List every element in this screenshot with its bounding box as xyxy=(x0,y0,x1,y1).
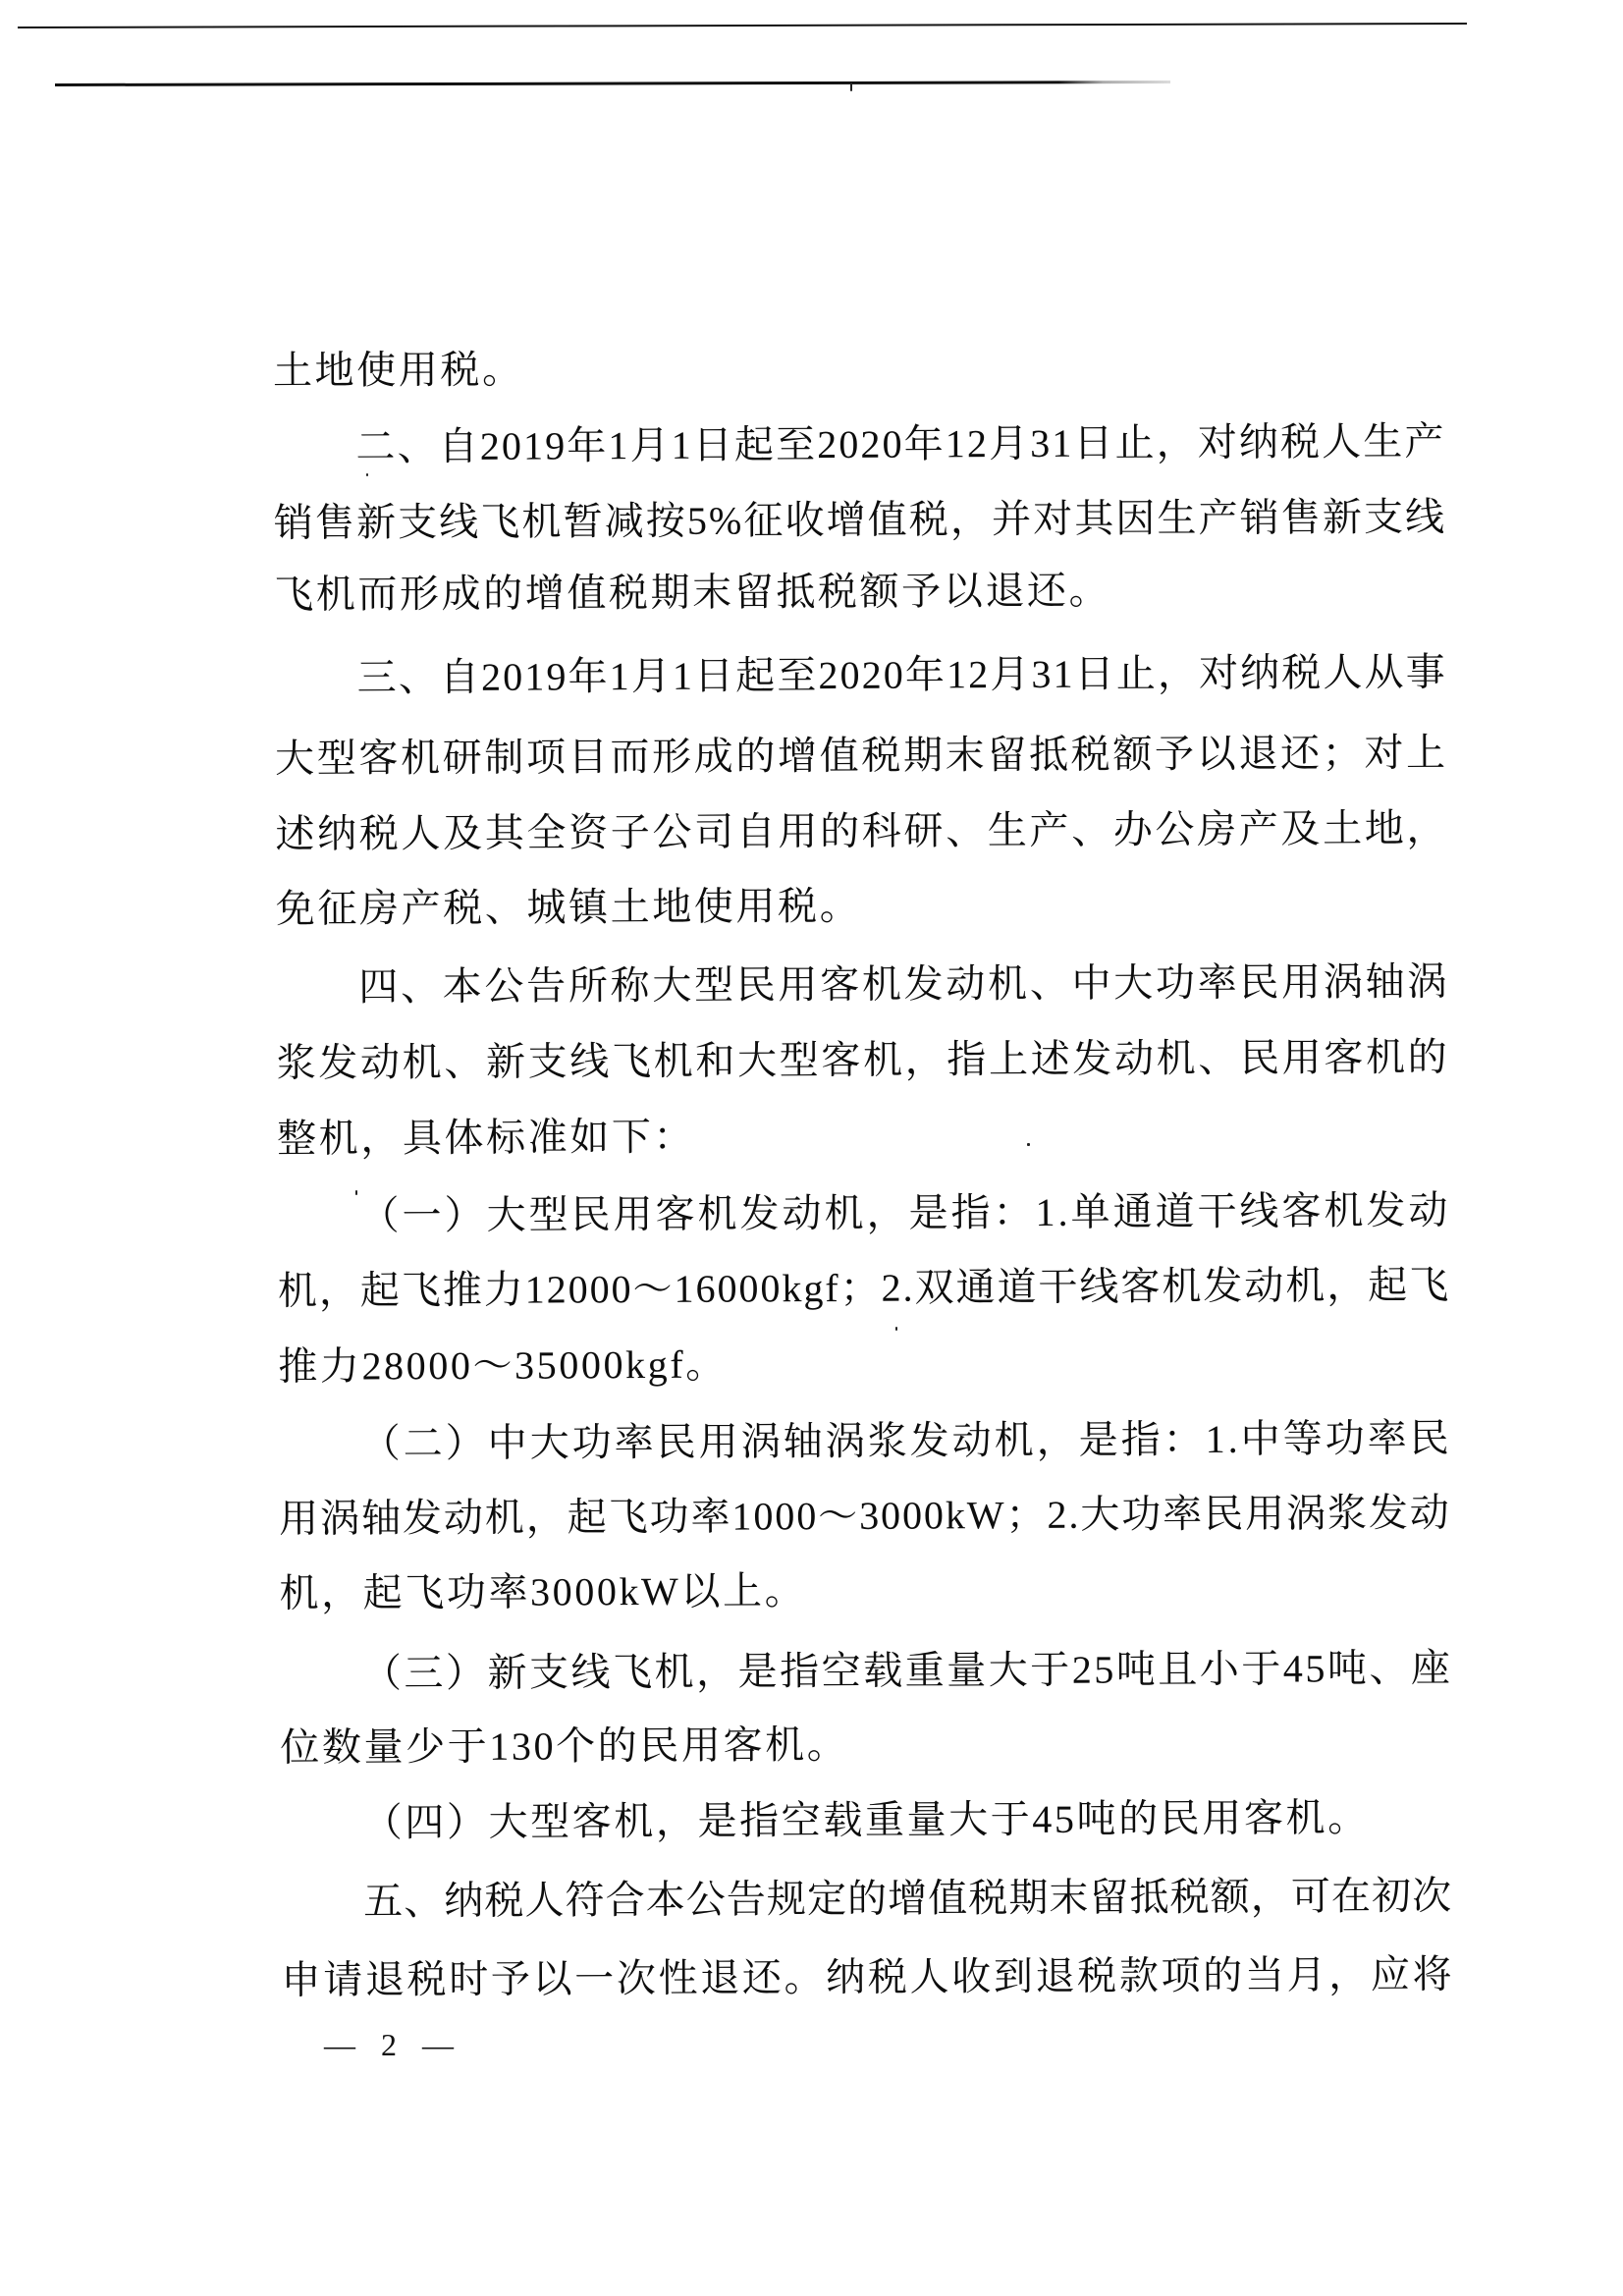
paragraph-item-2: 二、自2019年1月1日起至2020年12月31日止，对纳税人生产 销售新支线飞… xyxy=(0,0,1621,1)
page-number: — 2 — xyxy=(324,2025,462,2064)
paragraph-item-3: 三、自2019年1月1日起至2020年12月31日止，对纳税人从事 大型客机研制… xyxy=(0,0,1621,1)
paragraph-item-4-3: （三）新支线飞机，是指空载重量大于25吨且小于45吨、座 位数量少于130个的民… xyxy=(0,0,1621,1)
paragraph-item-4-2: （二）中大功率民用涡轴涡浆发动机，是指：1.中等功率民 用涡轴发动机，起飞功率1… xyxy=(0,0,1621,1)
document-body: 土地使用税。 二、自2019年1月1日起至2020年12月31日止，对纳税人生产… xyxy=(0,0,1623,2296)
text-line: （二）中大功率民用涡轴涡浆发动机，是指：1.中等功率民 xyxy=(361,1417,1452,1466)
document-page: 土地使用税。 二、自2019年1月1日起至2020年12月31日止，对纳税人生产… xyxy=(0,0,1623,2296)
text-line: 申请退税时予以一次性退还。纳税人收到退税款项的当月，应将 xyxy=(281,1953,1454,2002)
text-line: 大型客机研制项目而形成的增值税期末留抵税额予以退还；对上 xyxy=(275,732,1448,781)
text-line: 位数量少于130个的民用客机。 xyxy=(280,1723,848,1770)
text-line: 机，起飞推力12000～16000kgf；2.双通道干线客机发动机，起飞 xyxy=(278,1264,1451,1313)
text-line: 五、纳税人符合本公告规定的增值税期末留抵税额，可在初次 xyxy=(363,1875,1452,1924)
text-line: 浆发动机、新支线飞机和大型客机，指上述发动机、民用客机的 xyxy=(277,1036,1450,1085)
text-line: 二、自2019年1月1日起至2020年12月31日止，对纳税人生产 xyxy=(355,420,1445,469)
text-line: 三、自2019年1月1日起至2020年12月31日止，对纳税人从事 xyxy=(357,651,1447,700)
scan-artifact xyxy=(895,1327,897,1331)
text-line: （三）新支线飞机，是指空载重量大于25吨且小于45吨、座 xyxy=(362,1647,1453,1696)
text-line: 述纳税人及其全资子公司自用的科研、生产、办公房产及土地， xyxy=(275,807,1448,856)
paragraph-item-4-1: （一）大型民用客机发动机，是指：1.单通道干线客机发动 机，起飞推力12000～… xyxy=(0,0,1621,1)
text-line: 土地使用税。 xyxy=(273,349,524,393)
text-line: 机，起飞功率3000kW以上。 xyxy=(279,1569,806,1615)
text-line: （四）大型客机，是指空载重量大于45吨的民用客机。 xyxy=(363,1796,1370,1844)
text-line: 销售新支线飞机暂减按5%征收增值税，并对其因生产销售新支线 xyxy=(274,496,1447,545)
text-line: （一）大型民用客机发动机，是指：1.单通道干线客机发动 xyxy=(359,1189,1450,1238)
text-line: 免征房产税、城镇土地使用税。 xyxy=(276,885,862,931)
text-line: 四、本公告所称大型民用客机发动机、中大功率民用涡轴涡 xyxy=(358,960,1449,1010)
scan-artifact xyxy=(355,1190,357,1195)
text-line: 飞机而形成的增值税期末留抵税额予以退还。 xyxy=(274,570,1110,617)
scan-artifact xyxy=(366,473,368,476)
text-line: 整机，具体标准如下： xyxy=(277,1116,695,1161)
paragraph-item-5: 五、纳税人符合本公告规定的增值税期末留抵税额，可在初次 申请退税时予以一次性退还… xyxy=(0,0,1621,1)
paragraph-continuation: 土地使用税。 xyxy=(0,0,1621,1)
text-line: 用涡轴发动机，起飞功率1000～3000kW；2.大功率民用涡浆发动 xyxy=(279,1492,1451,1541)
paragraph-item-4: 四、本公告所称大型民用客机发动机、中大功率民用涡轴涡 浆发动机、新支线飞机和大型… xyxy=(0,0,1621,1)
scan-artifact xyxy=(850,82,852,91)
text-line: 推力28000～35000kgf。 xyxy=(278,1343,728,1389)
paragraph-item-4-4: （四）大型客机，是指空载重量大于45吨的民用客机。 xyxy=(0,0,1621,1)
scan-artifact xyxy=(1027,1143,1030,1146)
